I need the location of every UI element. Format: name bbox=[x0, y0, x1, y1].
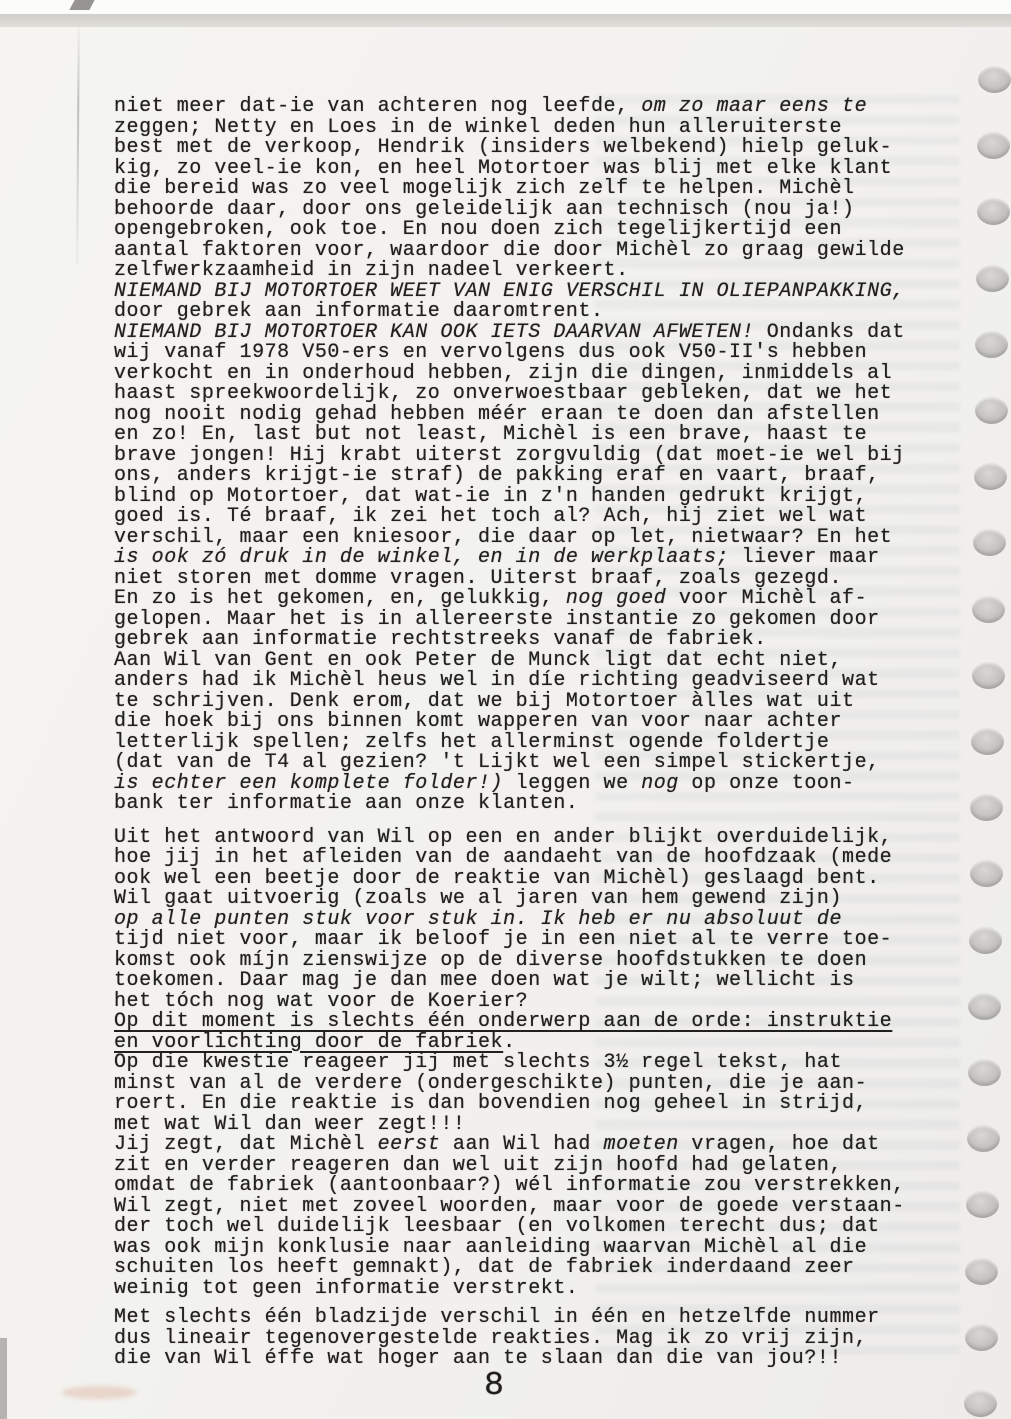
text-line: gelopen. Maar het is in allereerste inst… bbox=[114, 610, 926, 631]
text-segment: op onze toon- bbox=[679, 772, 855, 795]
text-line: der toch wel duidelijk leesbaar (en volk… bbox=[114, 1217, 926, 1238]
text-line: en zo! En, last but not least, Michèl is… bbox=[114, 425, 926, 446]
binding-hole bbox=[967, 1125, 1000, 1152]
text-line: door gebrek aan informatie daaromtrent. bbox=[114, 302, 926, 323]
text-line: Met slechts één bladzijde verschil in éé… bbox=[114, 1308, 926, 1329]
text-line: het tóch nog wat voor de Koerier? bbox=[114, 992, 926, 1013]
text-line: Wil zegt, niet met zoveel woorden, maar … bbox=[114, 1197, 926, 1218]
text-line: was ook mijn konklusie naar aanleiding w… bbox=[114, 1238, 926, 1259]
text-line: letterlijk spellen; zelfs het allerminst… bbox=[114, 733, 926, 754]
text-line: (dat van de T4 al gezien? 't Lijkt wel e… bbox=[114, 753, 926, 774]
text-line: Uit het antwoord van Wil op een en ander… bbox=[114, 828, 926, 849]
text-line: verkocht en in onderhoud hebben, zijn di… bbox=[114, 364, 926, 385]
text-line: en voorlichting door de fabriek. bbox=[114, 1033, 926, 1054]
text-line: zelfwerkzaamheid in zijn nadeel verkeert… bbox=[114, 261, 926, 282]
binding-hole bbox=[974, 463, 1007, 490]
text-line: roert. En die reaktie is dan bovendien n… bbox=[114, 1094, 926, 1115]
paragraph-3: Met slechts één bladzijde verschil in éé… bbox=[114, 1308, 926, 1370]
text-line: hoe jij in het afleiden van de aandaeht … bbox=[114, 848, 926, 869]
text-line: opengebroken, ook toe. En nou doen zich … bbox=[114, 220, 926, 241]
binding-hole bbox=[969, 927, 1002, 954]
text-line: En zo is het gekomen, en, gelukkig, nog … bbox=[114, 589, 926, 610]
text-line: dus lineair tegenovergestelde reakties. … bbox=[114, 1329, 926, 1350]
text-line: is ook zó druk in de winkel, en in de we… bbox=[114, 548, 926, 569]
text-line: Jij zegt, dat Michèl eerst aan Wil had m… bbox=[114, 1135, 926, 1156]
binding-hole bbox=[978, 66, 1011, 93]
text-line: niet storen met domme vragen. Uiterst br… bbox=[114, 569, 926, 590]
scanned-document-page: niet meer dat-ie van achteren nog leefde… bbox=[0, 0, 1011, 1419]
binding-hole bbox=[971, 728, 1004, 755]
text-segment: nog bbox=[641, 772, 679, 795]
text-line: NIEMAND BIJ MOTORTOER WEET VAN ENIG VERS… bbox=[114, 282, 926, 303]
paragraph-2: Uit het antwoord van Wil op een en ander… bbox=[114, 828, 926, 1300]
text-line: op alle punten stuk voor stuk in. Ik heb… bbox=[114, 910, 926, 931]
binding-hole bbox=[976, 265, 1009, 292]
binding-hole bbox=[977, 132, 1010, 159]
text-line: tijd niet voor, maar ik beloof je in een… bbox=[114, 930, 926, 951]
text-line: Op dit moment is slechts één onderwerp a… bbox=[114, 1012, 926, 1033]
text-line: zit en verder reageren dan wel uit zijn … bbox=[114, 1156, 926, 1177]
binding-hole bbox=[965, 1324, 998, 1351]
text-line: blind op Motortoer, dat wat-ie in z'n ha… bbox=[114, 487, 926, 508]
text-line: brave jongen! Hij krabt uiterst zorgvuld… bbox=[114, 446, 926, 467]
text-line: behoorde daar, door ons geleidelijk aan … bbox=[114, 200, 926, 221]
text-line: niet meer dat-ie van achteren nog leefde… bbox=[114, 97, 926, 118]
binding-hole bbox=[970, 794, 1003, 821]
text-line: die hoek bij ons binnen komt wapperen va… bbox=[114, 712, 926, 733]
text-line: toekomen. Daar mag je dan mee doen wat j… bbox=[114, 971, 926, 992]
text-line: te schrijven. Denk erom, dat we bij Moto… bbox=[114, 692, 926, 713]
text-line: zeggen; Netty en Loes in de winkel deden… bbox=[114, 118, 926, 139]
text-line: haast spreekwoordelijk, zo onverwoestbaa… bbox=[114, 384, 926, 405]
text-line: weinig tot geen informatie verstrekt. bbox=[114, 1279, 926, 1300]
text-line: Aan Wil van Gent en ook Peter de Munck l… bbox=[114, 651, 926, 672]
text-line: best met de verkoop, Hendrik (insiders w… bbox=[114, 138, 926, 159]
text-line: NIEMAND BIJ MOTORTOER KAN OOK IETS DAARV… bbox=[114, 323, 926, 344]
text-line: bank ter informatie aan onze klanten. bbox=[114, 794, 926, 815]
text-line: gebrek aan informatie rechtstreeks vanaf… bbox=[114, 630, 926, 651]
text-line: die bereid was zo veel mogelijk zich zel… bbox=[114, 179, 926, 200]
paper-edge-line bbox=[76, 20, 80, 265]
text-line: verschil, maar een kniesoor, die daar op… bbox=[114, 528, 926, 549]
text-line: schuiten los heeft gemnakt), dat de fabr… bbox=[114, 1258, 926, 1279]
binding-hole bbox=[968, 993, 1001, 1020]
text-line: kig, zo veel-ie kon, en heel Motortoer w… bbox=[114, 159, 926, 180]
text-segment: bank ter informatie aan onze klanten. bbox=[114, 792, 578, 815]
text-line: goed is. Té braaf, ik zei het toch al? A… bbox=[114, 507, 926, 528]
text-line: minst van al de verdere (ondergeschikte)… bbox=[114, 1074, 926, 1095]
text-body: niet meer dat-ie van achteren nog leefde… bbox=[114, 97, 926, 1370]
text-line: met wat Wil dan weer zegt!!! bbox=[114, 1115, 926, 1136]
binding-hole bbox=[975, 397, 1008, 424]
binding-hole bbox=[972, 662, 1005, 689]
text-segment: weinig tot geen informatie verstrekt. bbox=[114, 1277, 578, 1300]
text-line: is echter een komplete folder!) leggen w… bbox=[114, 774, 926, 795]
text-line: ons, anders krijgt-ie straf) de pakking … bbox=[114, 466, 926, 487]
paragraph-1: niet meer dat-ie van achteren nog leefde… bbox=[114, 97, 926, 815]
binding-hole bbox=[975, 331, 1008, 358]
page-number: 8 bbox=[0, 1366, 988, 1406]
binding-hole bbox=[970, 860, 1003, 887]
binding-hole bbox=[965, 1258, 998, 1285]
text-line: omdat de fabriek (aantoonbaar?) wél info… bbox=[114, 1176, 926, 1197]
binding-hole bbox=[968, 1059, 1001, 1086]
text-line: wij vanaf 1978 V50-ers en vervolgens dus… bbox=[114, 343, 926, 364]
text-line: ook wel een beetje door de reaktie van M… bbox=[114, 869, 926, 890]
binding-hole bbox=[973, 529, 1006, 556]
scan-top-edge bbox=[0, 0, 1011, 15]
text-line: Wil gaat uitvoerig (zoals we al jaren va… bbox=[114, 889, 926, 910]
scan-top-band bbox=[0, 14, 1011, 27]
binding-hole bbox=[972, 596, 1005, 623]
text-line: komst ook míjn zienswijze op de diverse … bbox=[114, 951, 926, 972]
text-line: Op die kwestie reageer jij met slechts 3… bbox=[114, 1053, 926, 1074]
text-line: anders had ik Michèl heus wel in díe ric… bbox=[114, 671, 926, 692]
text-line: aantal faktoren voor, waardoor die door … bbox=[114, 241, 926, 262]
binding-hole bbox=[966, 1191, 999, 1218]
binding-hole bbox=[977, 198, 1010, 225]
text-line: nog nooit nodig gehad hebben méér eraan … bbox=[114, 405, 926, 426]
